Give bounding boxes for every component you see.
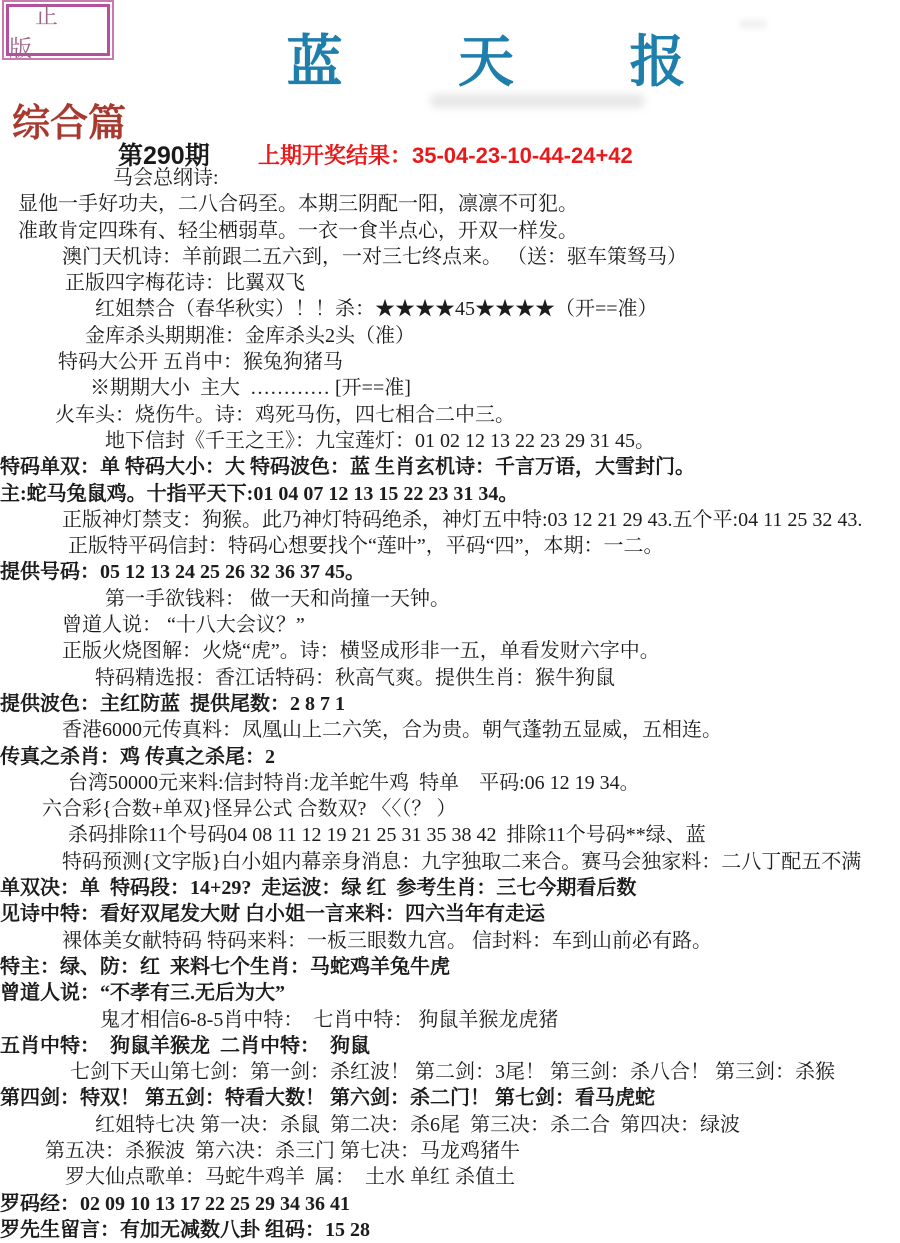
- text-line: 曾道人说： “十八大会议？”: [0, 612, 900, 638]
- text-line: 六合彩{合数+单双}怪异公式 合数双? 〈〈（？ ）: [0, 796, 900, 822]
- text-line: 传真之杀肖：鸡 传真之杀尾：2: [0, 744, 900, 770]
- text-line: 特码精选报：香江话特码：秋高气爽。提供生肖：猴牛狗鼠: [0, 665, 900, 691]
- text-line: 第一手欲钱料： 做一天和尚撞一天钟。: [0, 586, 900, 612]
- text-line: 特码单双：单 特码大小：大 特码波色：蓝 生肖玄机诗：千言万语，大雪封门。: [0, 454, 900, 480]
- text-line: 火车头：烧伤牛。诗：鸡死马伤，四七相合二中三。: [0, 402, 900, 428]
- text-line: 红姐禁合（春华秋实）！！杀：★★★★45★★★★（开==准）: [0, 296, 900, 322]
- scan-smudge: [740, 20, 766, 28]
- text-line: 红姐特七决 第一决：杀鼠 第二决：杀6尾 第三决：杀二合 第四决：绿波: [0, 1112, 900, 1138]
- text-line: 第四剑：特双！ 第五剑：特看大数！ 第六剑：杀二门！ 第七剑：看马虎蛇: [0, 1085, 900, 1111]
- section-title: 综合篇: [12, 92, 126, 147]
- text-line: 香港6000元传真料：凤凰山上二六笑，合为贵。朝气蓬勃五显威，五相连。: [0, 717, 900, 743]
- text-line: 裸体美女献特码 特码来料：一板三眼数九宫。 信封料：车到山前必有路。: [0, 928, 900, 954]
- text-line: 澳门天机诗：羊前跟二五六到，一对三七终点来。 （送：驱车策驽马）: [0, 244, 900, 270]
- scan-smudge: [430, 94, 645, 108]
- text-line: 马会总纲诗:: [0, 165, 900, 191]
- text-line: 正版四字梅花诗：比翼双飞: [0, 270, 900, 296]
- text-line: 地下信封《千王之王》：九宝莲灯：01 02 12 13 22 23 29 31 …: [0, 428, 900, 454]
- text-line: 罗码经：02 09 10 13 17 22 25 29 34 36 41: [0, 1191, 900, 1217]
- text-line: 罗先生留言：有加无减数八卦 组码：15 28: [0, 1217, 900, 1243]
- text-line: 正版神灯禁支：狗猴。此乃神灯特码绝杀，神灯五中特:03 12 21 29 43.…: [0, 507, 900, 533]
- text-line: 显他一手好功夫，二八合码至。本期三阴配一阳，凛凛不可犯。: [0, 191, 900, 217]
- text-line: 鬼才相信6-8-5肖中特： 七肖中特： 狗鼠羊猴龙虎猪: [0, 1007, 900, 1033]
- body-text: 马会总纲诗:显他一手好功夫，二八合码至。本期三阴配一阳，凛凛不可犯。准敢肯定四珠…: [0, 165, 900, 1243]
- text-line: 第五决：杀猴波 第六决：杀三门 第七决：马龙鸡猪牛: [0, 1138, 900, 1164]
- text-line: ※期期大小 主大 ………… [开==准]: [0, 375, 900, 401]
- text-line: 正版火烧图解：火烧“虎”。诗：横竖成形非一五，单看发财六字中。: [0, 638, 900, 664]
- newspaper-page: 正 版 蓝 天 报 综合篇 第290期 上期开奖结果：35-04-23-10-4…: [0, 0, 900, 1243]
- text-line: 七剑下天山第七剑：第一剑：杀红波！ 第二剑：3尾！ 第三剑：杀八合！ 第三剑：杀…: [0, 1059, 900, 1085]
- text-line: 单双决：单 特码段：14+29? 走运波：绿 红 参考生肖：三七今期看后数: [0, 875, 900, 901]
- text-line: 曾道人说：“不孝有三.无后为大”: [0, 980, 900, 1006]
- text-line: 特码大公开 五肖中：猴兔狗猪马: [0, 349, 900, 375]
- text-line: 主:蛇马兔鼠鸡。十指平天下:01 04 07 12 13 15 22 23 31…: [0, 481, 900, 507]
- text-line: 提供波色：主红防蓝 提供尾数：2 8 7 1: [0, 691, 900, 717]
- text-line: 特主：绿、防：红 来料七个生肖：马蛇鸡羊兔牛虎: [0, 954, 900, 980]
- text-line: 罗大仙点歌单：马蛇牛鸡羊 属： 土水 单红 杀值土: [0, 1164, 900, 1190]
- text-line: 特码预测{文字版}白小姐内幕亲身消息：九字独取二来合。赛马会独家料：二八丁配五不…: [0, 849, 900, 875]
- text-line: 提供号码：05 12 13 24 25 26 32 36 37 45。: [0, 559, 900, 585]
- text-line: 准敢肯定四珠有、轻尘栖弱草。一衣一食半点心，开双一样发。: [0, 218, 900, 244]
- text-line: 五肖中特： 狗鼠羊猴龙 二肖中特： 狗鼠: [0, 1033, 900, 1059]
- text-line: 正版特平码信封：特码心想要找个“莲叶”，平码“四”，本期：一二。: [0, 533, 900, 559]
- text-line: 金库杀头期期准：金库杀头2头（准）: [0, 323, 900, 349]
- text-line: 台湾50000元来料:信封特肖:龙羊蛇牛鸡 特单 平码:06 12 19 34。: [0, 770, 900, 796]
- text-line: 见诗中特：看好双尾发大财 白小姐一言来料：四六当年有走运: [0, 901, 900, 927]
- page-title: 蓝 天 报: [0, 18, 900, 98]
- text-line: 杀码排除11个号码04 08 11 12 19 21 25 31 35 38 4…: [0, 822, 900, 848]
